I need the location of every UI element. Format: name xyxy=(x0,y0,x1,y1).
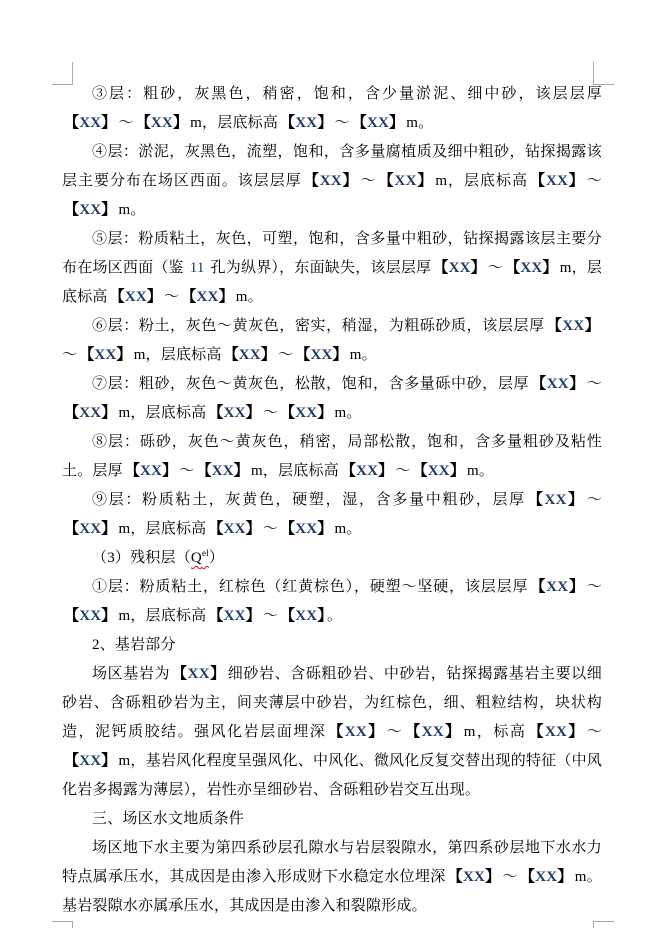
placeholder-close-bracket: 】 xyxy=(417,173,434,189)
text-run: ～ xyxy=(164,289,179,305)
placeholder-open-bracket: 【 xyxy=(125,463,140,479)
placeholder-value: XX xyxy=(94,347,116,363)
placeholder-value: XX xyxy=(197,289,219,305)
text-run: ～ xyxy=(335,115,350,131)
text-run: ⑦层：粗砂，灰色～黄灰色，松散，饱和，含多量砾中砂，层厚 xyxy=(92,376,529,392)
placeholder-open-bracket: 【 xyxy=(64,202,79,218)
placeholder-open-bracket: 【 xyxy=(530,579,546,595)
text-run: ⑨层：粉质粘土，灰黄色，硬塑，湿，含多量中粗砂，层厚 xyxy=(92,492,526,508)
placeholder-open-bracket: 【 xyxy=(531,376,547,392)
paragraph: 2、基岩部分 xyxy=(62,631,602,660)
placeholder-close-bracket: 】 xyxy=(210,666,226,682)
placeholder-token: 【XX】 xyxy=(64,521,116,537)
placeholder-token: 【XX】 xyxy=(304,173,359,189)
text-run: 2、基岩部分 xyxy=(92,637,176,653)
placeholder-open-bracket: 【 xyxy=(208,608,223,624)
placeholder-close-bracket: 】 xyxy=(246,405,261,421)
placeholder-open-bracket: 【 xyxy=(304,173,320,189)
placeholder-value: XX xyxy=(310,347,332,363)
placeholder-close-bracket: 】 xyxy=(567,724,585,740)
placeholder-token: 【XX】 xyxy=(280,608,325,624)
placeholder-value: XX xyxy=(356,463,378,479)
text-run: m。 xyxy=(467,463,494,479)
text-run: （3）残积层（ xyxy=(92,550,191,566)
text-run: 场区基岩为 xyxy=(92,666,170,682)
placeholder-value: XX xyxy=(520,260,542,276)
placeholder-open-bracket: 【 xyxy=(64,521,79,537)
placeholder-token: 【XX】 xyxy=(79,347,131,363)
placeholder-open-bracket: 【 xyxy=(64,753,79,769)
placeholder-token: 【XX】 xyxy=(64,608,116,624)
document-body: ③层：粗砂，灰黑色，稍密，饱和，含少量淤泥、细中砂，该层层厚【XX】～【XX】m… xyxy=(62,80,602,921)
spellcheck-flagged-term: Qel xyxy=(191,550,209,566)
placeholder-token: 【XX】 xyxy=(531,376,585,392)
placeholder-close-bracket: 】 xyxy=(584,318,600,334)
placeholder-token: 【XX】 xyxy=(280,115,332,131)
text-run: m，层底标高 xyxy=(134,347,222,363)
placeholder-value: XX xyxy=(239,347,261,363)
placeholder-close-bracket: 】 xyxy=(333,347,348,363)
placeholder-value: XX xyxy=(79,608,101,624)
geology-symbol: Q xyxy=(191,550,202,566)
placeholder-close-bracket: 】 xyxy=(101,115,116,131)
placeholder-open-bracket: 【 xyxy=(379,173,395,189)
placeholder-close-bracket: 】 xyxy=(450,463,465,479)
placeholder-open-bracket: 【 xyxy=(280,115,295,131)
placeholder-token: 【XX】 xyxy=(208,608,260,624)
placeholder-close-bracket: 】 xyxy=(557,869,573,885)
placeholder-close-bracket: 】 xyxy=(101,202,116,218)
placeholder-value: XX xyxy=(151,115,173,131)
placeholder-open-bracket: 【 xyxy=(79,347,94,363)
placeholder-value: XX xyxy=(79,753,101,769)
placeholder-token: 【XX】 xyxy=(352,115,404,131)
placeholder-value: XX xyxy=(545,492,567,508)
placeholder-value: XX xyxy=(295,608,317,624)
placeholder-token: 【XX】 xyxy=(328,724,384,740)
placeholder-close-bracket: 】 xyxy=(342,173,359,189)
placeholder-close-bracket: 】 xyxy=(234,463,249,479)
text-run: ～ xyxy=(179,463,194,479)
placeholder-value: XX xyxy=(224,608,246,624)
placeholder-close-bracket: 】 xyxy=(367,724,385,740)
placeholder-value: XX xyxy=(125,289,147,305)
text-run: ～ xyxy=(587,492,602,508)
placeholder-open-bracket: 【 xyxy=(405,724,422,740)
placeholder-value: XX xyxy=(547,376,569,392)
placeholder-close-bracket: 】 xyxy=(246,521,261,537)
placeholder-token: 【XX】 xyxy=(448,869,501,885)
text-run: ～ xyxy=(263,405,278,421)
placeholder-token: 【XX】 xyxy=(295,347,347,363)
placeholder-value: XX xyxy=(295,521,317,537)
paragraph: ⑤层：粉质粘土，灰色，可塑，饱和，含多量中粗砂，钻探揭露该层主要分布在场区西面（… xyxy=(62,225,602,312)
text-run: m。 xyxy=(335,521,362,537)
placeholder-close-bracket: 】 xyxy=(317,608,325,624)
placeholder-token: 【XX】 xyxy=(280,405,332,421)
placeholder-value: XX xyxy=(295,115,317,131)
text-run: m，层底标高 xyxy=(435,173,528,189)
placeholder-open-bracket: 【 xyxy=(352,115,367,131)
placeholder-open-bracket: 【 xyxy=(172,666,188,682)
placeholder-token: 【XX】 xyxy=(280,521,332,537)
placeholder-value: XX xyxy=(188,666,210,682)
paragraph: ③层：粗砂，灰黑色，稍密，饱和，含少量淤泥、细中砂，该层层厚【XX】～【XX】m… xyxy=(62,80,602,138)
text-run: m，层底标高 xyxy=(251,463,339,479)
placeholder-close-bracket: 】 xyxy=(147,289,162,305)
placeholder-close-bracket: 】 xyxy=(261,347,276,363)
placeholder-token: 【XX】 xyxy=(547,318,600,334)
placeholder-close-bracket: 】 xyxy=(568,173,585,189)
placeholder-open-bracket: 【 xyxy=(528,492,545,508)
text-run: m。 xyxy=(236,289,263,305)
text-run: m，层底标高 xyxy=(118,405,206,421)
placeholder-token: 【XX】 xyxy=(520,869,573,885)
text-run: ③层：粗砂，灰黑色，稍密，饱和，含少量淤泥、细中砂，该层层厚 xyxy=(92,86,602,102)
placeholder-value: XX xyxy=(320,173,342,189)
text-run: ～ xyxy=(587,579,602,595)
text-run: m。 xyxy=(335,405,362,421)
placeholder-value: XX xyxy=(428,463,450,479)
placeholder-token: 【XX】 xyxy=(341,463,393,479)
placeholder-open-bracket: 【 xyxy=(547,318,563,334)
placeholder-close-bracket: 】 xyxy=(317,521,332,537)
placeholder-open-bracket: 【 xyxy=(208,405,223,421)
text-run: m。 xyxy=(118,202,145,218)
placeholder-open-bracket: 【 xyxy=(64,608,79,624)
placeholder-value: XX xyxy=(463,869,485,885)
superscript: el xyxy=(202,548,209,558)
placeholder-open-bracket: 【 xyxy=(208,521,223,537)
placeholder-token: 【XX】 xyxy=(64,115,116,131)
placeholder-value: XX xyxy=(224,521,246,537)
placeholder-value: XX xyxy=(140,463,162,479)
paragraph: ⑨层：粉质粘土，灰黄色，硬塑，湿，含多量中粗砂，层厚【XX】～【XX】m，层底标… xyxy=(62,486,602,544)
placeholder-close-bracket: 】 xyxy=(485,869,501,885)
text-boundary-mark-bottom-right xyxy=(593,921,614,928)
placeholder-close-bracket: 】 xyxy=(162,463,177,479)
placeholder-close-bracket: 】 xyxy=(116,347,131,363)
placeholder-open-bracket: 【 xyxy=(413,463,428,479)
document-page: ③层：粗砂，灰黑色，稍密，饱和，含少量淤泥、细中砂，该层层厚【XX】～【XX】m… xyxy=(0,0,663,928)
text-run: m，层底标高 xyxy=(190,115,278,131)
text-run: m，基岩风化程度呈强风化、中风化、微风化反复交替出现的特征（中风化岩多揭露为薄层… xyxy=(62,753,602,798)
placeholder-open-bracket: 【 xyxy=(295,347,310,363)
text-run: ～ xyxy=(263,521,278,537)
placeholder-value: XX xyxy=(345,724,367,740)
placeholder-value: XX xyxy=(449,260,471,276)
placeholder-open-bracket: 【 xyxy=(530,173,546,189)
text-run: m。 xyxy=(350,347,377,363)
paragraph: ④层：淤泥，灰黑色，流塑，饱和，含多量腐植质及细中粗砂，钻探揭露该层主要分布在场… xyxy=(62,138,602,225)
placeholder-token: 【XX】 xyxy=(208,521,260,537)
placeholder-open-bracket: 【 xyxy=(520,869,535,885)
placeholder-value: XX xyxy=(79,521,101,537)
paragraph: ⑧层：砾砂，灰色～黄灰色，稍密，局部松散，饱和，含多量粗砂及粘性土。层厚【XX】… xyxy=(62,428,602,486)
text-run: ～ xyxy=(62,347,77,363)
placeholder-token: 【XX】 xyxy=(413,463,465,479)
placeholder-close-bracket: 】 xyxy=(173,115,188,131)
placeholder-open-bracket: 【 xyxy=(341,463,356,479)
placeholder-token: 【XX】 xyxy=(64,202,116,218)
paragraph: 场区地下水主要为第四系砂层孔隙水与岩层裂隙水，第四系砂层地下水水力特点属承压水，… xyxy=(62,834,602,921)
text-run: ～ xyxy=(118,115,133,131)
text-run: ⑥层：粉土，灰色～黄灰色，密实，稍湿，为粗砾砂质，该层层厚 xyxy=(92,318,545,334)
placeholder-close-bracket: 】 xyxy=(568,579,585,595)
placeholder-close-bracket: 】 xyxy=(567,492,585,508)
placeholder-open-bracket: 【 xyxy=(110,289,125,305)
text-boundary-mark-bottom-left xyxy=(52,921,73,928)
placeholder-token: 【XX】 xyxy=(64,753,117,769)
text-run: ） xyxy=(209,550,224,566)
placeholder-close-bracket: 】 xyxy=(101,608,116,624)
text-run: ～ xyxy=(395,463,410,479)
text-run: ～ xyxy=(587,173,602,189)
placeholder-open-bracket: 【 xyxy=(224,347,239,363)
placeholder-value: XX xyxy=(546,579,568,595)
placeholder-token: 【XX】 xyxy=(110,289,162,305)
placeholder-token: 【XX】 xyxy=(136,115,188,131)
paragraph: ⑦层：粗砂，灰色～黄灰色，松散，饱和，含多量砾中砂，层厚【XX】～【XX】m，层… xyxy=(62,370,602,428)
placeholder-open-bracket: 【 xyxy=(328,724,345,740)
placeholder-token: 【XX】 xyxy=(379,173,434,189)
text-run: ～ xyxy=(278,347,293,363)
placeholder-token: 【XX】 xyxy=(197,463,249,479)
placeholder-value: XX xyxy=(212,463,234,479)
placeholder-close-bracket: 】 xyxy=(246,608,261,624)
paragraph: （3）残积层（Qel） xyxy=(62,544,602,573)
text-run: m，层底标高 xyxy=(118,608,206,624)
placeholder-token: 【XX】 xyxy=(224,347,276,363)
text-run: m，层底标高 xyxy=(118,521,206,537)
placeholder-close-bracket: 】 xyxy=(389,115,404,131)
text-run: ①层：粉质粘土，红棕色（红黄棕色），硬塑～坚硬，该层层厚 xyxy=(92,579,528,595)
text-run: m，标高 xyxy=(464,724,527,740)
placeholder-value: XX xyxy=(295,405,317,421)
placeholder-value: XX xyxy=(545,724,567,740)
text-run: ～ xyxy=(361,173,377,189)
placeholder-close-bracket: 】 xyxy=(317,405,332,421)
placeholder-close-bracket: 】 xyxy=(471,260,486,276)
placeholder-open-bracket: 【 xyxy=(64,405,79,421)
placeholder-open-bracket: 【 xyxy=(280,608,295,624)
placeholder-token: 【XX】 xyxy=(433,260,486,276)
placeholder-value: XX xyxy=(562,318,584,334)
text-run: ～ xyxy=(587,724,602,740)
placeholder-close-bracket: 】 xyxy=(317,115,332,131)
paragraph: ⑥层：粉土，灰色～黄灰色，密实，稍湿，为粗砾砂质，该层层厚【XX】～【XX】m，… xyxy=(62,312,602,370)
text-run: ～ xyxy=(587,376,602,392)
placeholder-open-bracket: 【 xyxy=(448,869,463,885)
placeholder-close-bracket: 】 xyxy=(378,463,393,479)
placeholder-token: 【XX】 xyxy=(530,173,585,189)
placeholder-token: 【XX】 xyxy=(530,579,584,595)
placeholder-value: XX xyxy=(395,173,417,189)
text-run: 三、场区水文地质条件 xyxy=(92,811,244,827)
paragraph: 三、场区水文地质条件 xyxy=(62,805,602,834)
placeholder-close-bracket: 】 xyxy=(101,405,116,421)
placeholder-token: 【XX】 xyxy=(125,463,177,479)
placeholder-open-bracket: 【 xyxy=(64,115,79,131)
placeholder-close-bracket: 】 xyxy=(569,376,585,392)
text-run: m。 xyxy=(406,115,433,131)
placeholder-value: XX xyxy=(367,115,389,131)
placeholder-close-bracket: 】 xyxy=(444,724,462,740)
placeholder-open-bracket: 【 xyxy=(197,463,212,479)
placeholder-value: XX xyxy=(224,405,246,421)
placeholder-value: XX xyxy=(535,869,557,885)
placeholder-close-bracket: 】 xyxy=(101,753,116,769)
paragraph: ①层：粉质粘土，红棕色（红黄棕色），硬塑～坚硬，该层层厚【XX】～【XX】m，层… xyxy=(62,573,602,631)
placeholder-close-bracket: 】 xyxy=(542,260,557,276)
placeholder-open-bracket: 【 xyxy=(433,260,448,276)
placeholder-open-bracket: 【 xyxy=(505,260,520,276)
placeholder-open-bracket: 【 xyxy=(280,521,295,537)
placeholder-open-bracket: 【 xyxy=(528,724,545,740)
placeholder-token: 【XX】 xyxy=(208,405,260,421)
filled-value: 11 xyxy=(190,260,205,276)
placeholder-value: XX xyxy=(422,724,444,740)
placeholder-token: 【XX】 xyxy=(505,260,558,276)
text-run: ～ xyxy=(387,724,404,740)
placeholder-value: XX xyxy=(546,173,568,189)
placeholder-value: XX xyxy=(79,115,101,131)
placeholder-token: 【XX】 xyxy=(528,724,584,740)
text-run: 孔为纵界），东面缺失，该层层厚 xyxy=(207,260,432,276)
placeholder-close-bracket: 】 xyxy=(101,521,116,537)
text-run: 。 xyxy=(327,608,342,624)
placeholder-value: XX xyxy=(79,202,101,218)
placeholder-token: 【XX】 xyxy=(172,666,226,682)
placeholder-token: 【XX】 xyxy=(405,724,461,740)
placeholder-open-bracket: 【 xyxy=(136,115,151,131)
placeholder-token: 【XX】 xyxy=(528,492,585,508)
placeholder-close-bracket: 】 xyxy=(219,289,234,305)
text-run: ～ xyxy=(263,608,278,624)
paragraph: 场区基岩为【XX】细砂岩、含砾粗砂岩、中砂岩，钻探揭露基岩主要以细砂岩、含砾粗砂… xyxy=(62,660,602,805)
placeholder-open-bracket: 【 xyxy=(181,289,196,305)
placeholder-token: 【XX】 xyxy=(181,289,233,305)
text-run: ～ xyxy=(488,260,503,276)
text-run: ～ xyxy=(503,869,518,885)
placeholder-value: XX xyxy=(79,405,101,421)
placeholder-token: 【XX】 xyxy=(64,405,116,421)
placeholder-open-bracket: 【 xyxy=(280,405,295,421)
